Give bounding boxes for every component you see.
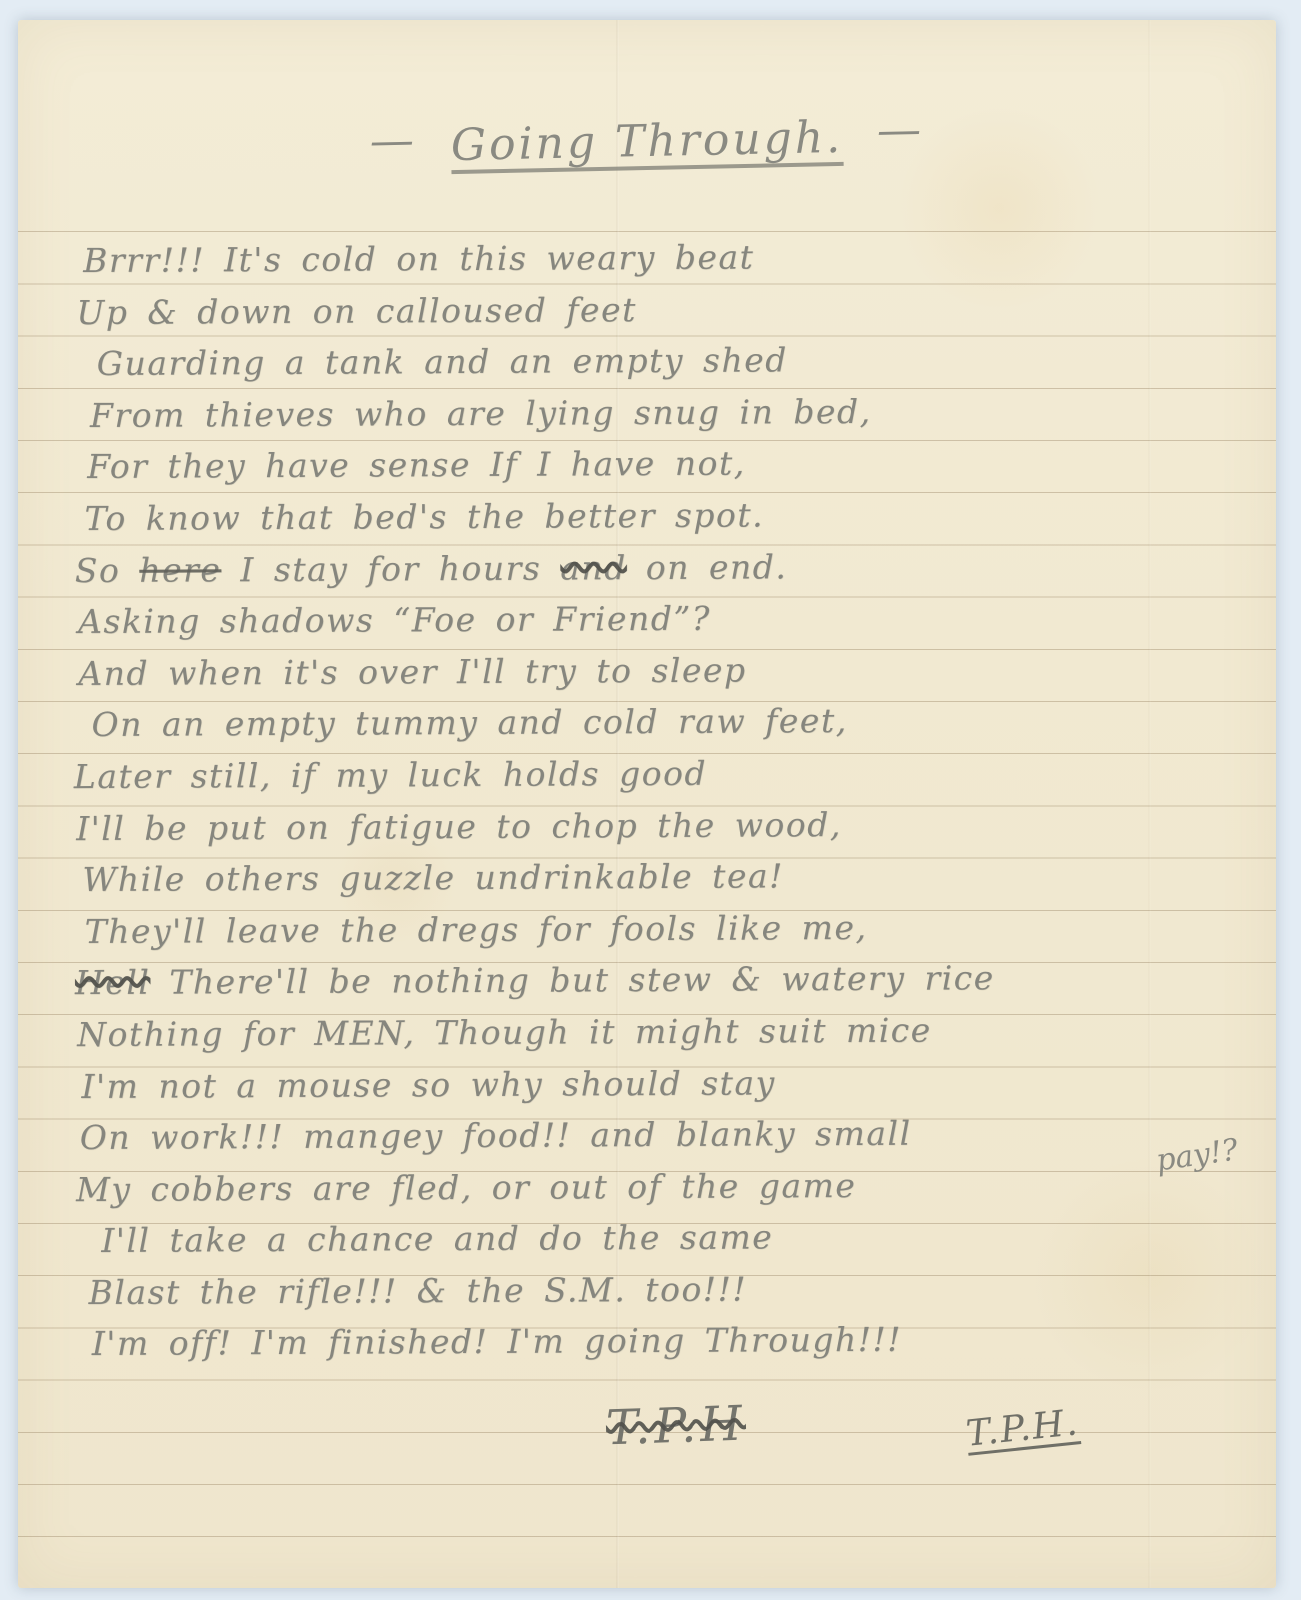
struck-text: Hell — [75, 963, 151, 1002]
line-segment: Nothing for MEN, Though it might suit mi… — [77, 1011, 932, 1054]
line-segment: I'm off! I'm finished! I'm going Through… — [92, 1320, 902, 1363]
poem-line: Guarding a tank and an empty shed — [72, 332, 1250, 390]
line-segment: On work!!! mangey food!! and blanky smal… — [80, 1114, 912, 1157]
poem-line: Blast the rifle!!! & the S.M. too!!! — [76, 1261, 1254, 1319]
line-segment: on end. — [627, 547, 788, 587]
line-segment: For they have sense If I have not, — [87, 444, 746, 486]
poem-line: Asking shadows “Foe or Friend”? — [73, 590, 1251, 648]
poem-line: While others guzzle undrinkable tea! — [74, 848, 1252, 906]
poem-line: And when it's over I'll try to sleep — [73, 642, 1251, 700]
poem-lines: Brrr!!! It's cold on this weary beatUp &… — [71, 229, 1255, 1370]
line-segment: While others guzzle undrinkable tea! — [82, 856, 784, 899]
poem-line: Up & down on calloused feet — [71, 281, 1249, 339]
poem-line: To know that bed's the better spot. — [72, 487, 1250, 545]
line-segment: Later still, if my luck holds good — [74, 754, 707, 796]
line-segment: So — [75, 550, 140, 589]
struck-text: here — [139, 550, 221, 589]
line-segment: They'll leave the dregs for fools like m… — [85, 908, 868, 951]
line-segment: There'll be nothing but stew & watery ri… — [150, 959, 995, 1002]
poem-line: I'm not a mouse so why should stay — [75, 1054, 1253, 1112]
line-segment: And when it's over I'll try to sleep — [78, 650, 746, 692]
line-segment: I'll take a chance and do the same — [101, 1218, 773, 1261]
poem-line: Nothing for MEN, Though it might suit mi… — [75, 1003, 1253, 1061]
line-segment: To know that bed's the better spot. — [84, 495, 764, 538]
struck-text: and — [560, 548, 627, 587]
poem-line: Later still, if my luck holds good — [74, 745, 1252, 803]
title-text: Going Through. — [450, 112, 843, 171]
poem-line: From thieves who are lying snug in bed, — [72, 384, 1250, 442]
poem-line: My cobbers are fled, or out of the game — [76, 1158, 1254, 1216]
poem-line: For they have sense If I have not, — [72, 435, 1250, 493]
line-segment: Asking shadows “Foe or Friend”? — [78, 599, 711, 641]
line-segment: I stay for hours — [221, 548, 560, 589]
line-segment: Up & down on calloused feet — [76, 290, 637, 332]
title-left-dash: — — [369, 115, 417, 167]
signature-initials: T.P.H. — [964, 1402, 1081, 1455]
signature-crossed-out: T.P.H — [605, 1396, 747, 1457]
poem-line: I'll take a chance and do the same — [76, 1209, 1254, 1267]
line-segment: Brrr!!! It's cold on this weary beat — [83, 238, 754, 281]
poem-line: I'll be put on fatigue to chop the wood, — [74, 796, 1252, 854]
title-right-dash: — — [876, 104, 924, 156]
poem-title: —Going Through.— — [18, 103, 1276, 180]
poem-line: They'll leave the dregs for fools like m… — [75, 900, 1253, 958]
line-segment: My cobbers are fled, or out of the game — [76, 1166, 857, 1209]
line-segment: On an empty tummy and cold raw feet, — [91, 701, 847, 744]
poem-line: Brrr!!! It's cold on this weary beat — [71, 229, 1249, 287]
poem-line: Hell There'll be nothing but stew & wate… — [75, 951, 1253, 1009]
poem-line: On an empty tummy and cold raw feet, — [73, 693, 1251, 751]
poem-line: So here I stay for hours and on end. — [73, 538, 1251, 596]
line-segment: Guarding a tank and an empty shed — [97, 341, 788, 384]
line-segment: Blast the rifle!!! & the S.M. too!!! — [88, 1269, 747, 1311]
poem-line: On work!!! mangey food!! and blanky smal… — [76, 1106, 1254, 1164]
poem-line: I'm off! I'm finished! I'm going Through… — [77, 1312, 1255, 1370]
scanned-page: —Going Through.— Brrr!!! It's cold on th… — [18, 20, 1276, 1588]
line-segment: I'm not a mouse so why should stay — [81, 1063, 775, 1106]
line-segment: From thieves who are lying snug in bed, — [90, 392, 872, 435]
line-segment: I'll be put on fatigue to chop the wood, — [76, 805, 842, 848]
